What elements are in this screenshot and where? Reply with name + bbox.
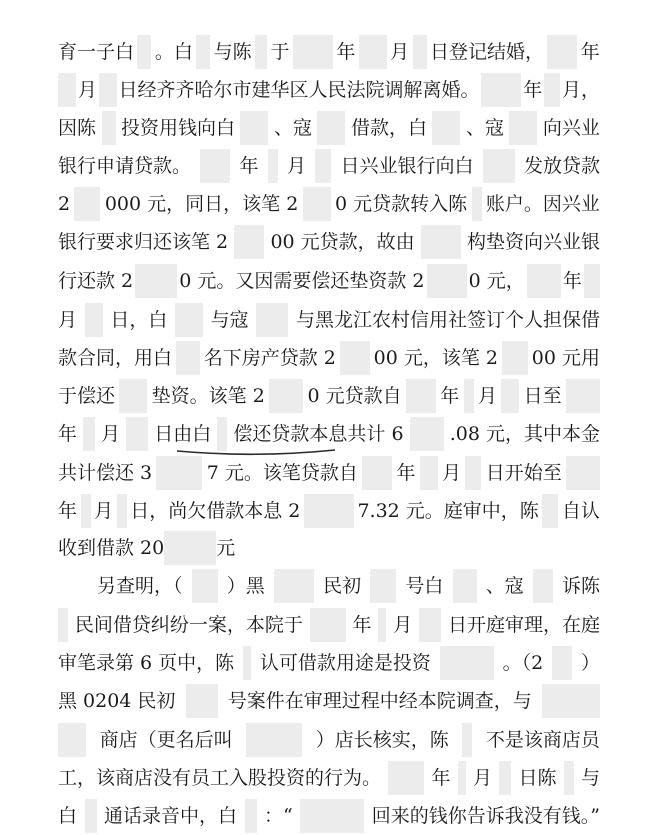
text-segment: 000 元，同日，该笔 2 <box>105 190 298 218</box>
text-segment: 账户。因兴业 <box>486 190 600 218</box>
text-segment: 构垫资向兴业银 <box>467 228 600 256</box>
redaction-block <box>378 608 386 642</box>
text-segment: 年 <box>440 382 459 410</box>
redaction-block <box>119 379 147 413</box>
text-segment: 与寇 <box>211 306 249 334</box>
redaction-block <box>304 494 354 528</box>
text-segment: 年 <box>396 459 415 487</box>
redaction-block <box>542 684 600 718</box>
text-segment: 与黑龙江农村信用社签订个人担保借 <box>296 306 600 334</box>
text-segment: 2 <box>58 190 70 218</box>
text-segment: 日由白 <box>154 420 211 448</box>
redaction-block <box>200 149 230 183</box>
text-segment: 、寇 <box>274 114 312 142</box>
text-segment: 月 <box>94 497 113 525</box>
redaction-block <box>83 417 95 451</box>
redaction-block <box>243 646 251 680</box>
redaction-block <box>58 723 86 757</box>
text-segment: 年 <box>353 611 372 639</box>
redaction-block <box>432 111 460 145</box>
text-segment: 不是该商店员 <box>486 726 600 754</box>
text-segment: 行还款 2 <box>58 267 133 295</box>
redaction-block <box>81 494 91 528</box>
text-segment: 月 <box>58 306 77 334</box>
text-line: 黑 0204 民初 号案件在审理过程中经本院调查，与 <box>58 687 600 715</box>
text-segment: 日兴业银行向白 <box>340 152 473 180</box>
text-line: 年月日，尚欠借款本息 27.32 元。庭审中，陈自认 <box>58 497 600 525</box>
text-segment: 自认 <box>562 497 600 525</box>
redaction-block <box>176 341 200 375</box>
text-segment: 7.32 元。庭审中，陈 <box>357 497 538 525</box>
text-segment: 月 <box>393 611 412 639</box>
redaction-block <box>58 73 76 107</box>
text-segment: 年 <box>239 152 258 180</box>
redaction-block <box>362 456 392 490</box>
text-segment: ） <box>581 649 600 677</box>
redaction-block <box>268 149 278 183</box>
text-segment: 月 <box>390 38 409 66</box>
text-segment: 投资用钱向白 <box>121 114 235 142</box>
redaction-block <box>427 264 467 298</box>
text-segment: 0 元贷款转入陈 <box>335 190 467 218</box>
text-line: 工，该商店没有员工入股投资的行为。年月日陈与 <box>58 764 600 792</box>
text-line: 民间借贷纠纷一案，本院于年月日开庭审理，在庭 <box>58 611 600 639</box>
text-segment: 与陈 <box>214 38 252 66</box>
text-segment: .08 元，其中本金 <box>450 420 600 448</box>
text-line: 另查明，（）黑民初号白、寇诉陈 <box>97 572 600 600</box>
text-segment: 年 <box>563 267 582 295</box>
redaction-block <box>234 225 264 259</box>
redaction-block <box>256 303 288 337</box>
redaction-block <box>196 35 210 69</box>
text-segment: 00 元，该笔 2 <box>374 344 498 372</box>
text-segment: 。（2 <box>503 649 544 677</box>
text-segment: 日，白 <box>110 306 167 334</box>
redaction-block <box>388 761 424 795</box>
redaction-block <box>317 111 345 145</box>
text-segment: 向兴业 <box>543 114 600 142</box>
text-segment: ）黑 <box>227 572 265 600</box>
redaction-block <box>102 111 116 145</box>
redaction-block <box>483 149 515 183</box>
redaction-block <box>440 646 494 680</box>
text-segment: 名下房产贷款 2 <box>204 344 336 372</box>
text-segment: 银行申请贷款。 <box>58 152 191 180</box>
text-segment: 育一子白 <box>58 38 134 66</box>
text-segment: 年 <box>336 38 355 66</box>
text-segment: 因陈 <box>58 114 96 142</box>
redaction-block <box>464 379 474 413</box>
redaction-block <box>303 187 331 221</box>
redaction-block <box>137 35 151 69</box>
redaction-block <box>547 35 577 69</box>
text-line: 2000 元，同日，该笔 20 元贷款转入陈账户。因兴业 <box>58 190 600 218</box>
text-segment: 年 <box>431 764 450 792</box>
text-segment: 共计偿还 3 <box>58 459 152 487</box>
text-segment: 月， <box>562 76 600 104</box>
redaction-block <box>420 456 438 490</box>
text-segment: 收到借款 20 <box>58 534 164 562</box>
redaction-block <box>584 264 600 298</box>
redaction-block <box>186 684 218 718</box>
redaction-block <box>117 494 127 528</box>
text-line: 月日经齐齐哈尔市建华区人民法院调解离婚。年月， <box>58 76 600 104</box>
redaction-block <box>255 35 267 69</box>
redaction-block <box>566 456 600 490</box>
text-segment: 偿还贷款本息共计 6 <box>233 420 403 448</box>
redaction-block <box>192 569 218 603</box>
redaction-block <box>85 799 97 833</box>
redaction-block <box>300 799 364 833</box>
text-segment: 7 元。该笔贷款自 <box>207 459 358 487</box>
redaction-block <box>310 608 346 642</box>
redaction-block <box>564 761 574 795</box>
redaction-block <box>481 73 521 107</box>
text-line: 因陈投资用钱向白、寇借款，白、寇向兴业 <box>58 114 600 142</box>
redaction-block <box>462 723 472 757</box>
redaction-block <box>340 341 370 375</box>
text-segment: 月 <box>287 152 306 180</box>
text-segment: 、寇 <box>486 572 524 600</box>
redaction-block <box>246 723 302 757</box>
text-segment: 0 元， <box>469 267 525 295</box>
text-segment: 日开始至 <box>486 459 562 487</box>
text-segment: 年 <box>58 497 77 525</box>
redaction-block <box>566 379 600 413</box>
text-segment: 与 <box>581 764 600 792</box>
text-segment: 0 元贷款自 <box>307 382 401 410</box>
text-segment: 。白 <box>155 38 193 66</box>
redaction-block <box>419 608 441 642</box>
text-line: 于偿还垫资。该笔 20 元贷款自年月日至 <box>58 382 600 410</box>
text-segment: 通话录音中，白 <box>104 802 237 830</box>
text-segment: 年 <box>581 38 600 66</box>
redaction-block <box>453 569 477 603</box>
text-segment: 00 元用 <box>532 344 600 372</box>
text-line: 育一子白。白与陈于年月日登记结婚，年 <box>58 38 600 66</box>
text-segment: 工，该商店没有员工入股投资的行为。 <box>58 764 381 792</box>
text-segment: 发放贷款 <box>524 152 600 180</box>
redaction-block <box>527 264 561 298</box>
text-segment: 日，尚欠借款本息 2 <box>130 497 300 525</box>
redaction-block <box>74 187 100 221</box>
text-segment: 诉陈 <box>562 572 600 600</box>
redaction-block <box>406 379 436 413</box>
redaction-block <box>126 417 148 451</box>
text-segment: 审笔录第 6 页中，陈 <box>58 649 234 677</box>
text-segment: 于偿还 <box>58 382 115 410</box>
text-segment: 日开庭审理，在庭 <box>448 611 600 639</box>
text-segment: 年 <box>523 76 542 104</box>
text-segment: 白 <box>58 802 77 830</box>
text-segment: 另查明，（ <box>97 572 183 600</box>
redaction-block <box>501 379 519 413</box>
text-segment: ）店长核实，陈 <box>316 726 449 754</box>
redaction-block <box>458 761 466 795</box>
text-line: 白通话录音中，白：“回来的钱你告诉我没有钱。” <box>58 802 600 830</box>
text-segment: 号案件在审理过程中经本院调查，与 <box>228 687 532 715</box>
redaction-block <box>240 111 268 145</box>
text-segment: 月 <box>101 420 120 448</box>
redaction-block <box>533 569 553 603</box>
text-segment: 回来的钱你告诉我没有钱。” <box>372 802 600 830</box>
text-segment: 银行要求归还该笔 2 <box>58 228 228 256</box>
text-segment: 月 <box>442 459 461 487</box>
text-line: 审笔录第 6 页中，陈认可借款用途是投资。（2） <box>58 649 600 677</box>
text-line: 行还款 20 元。又因需要偿还垫资款 20 元，年 <box>58 267 600 295</box>
text-segment: 号白 <box>405 572 443 600</box>
redaction-block <box>499 761 511 795</box>
text-line: 收到借款 20 元 <box>58 534 600 562</box>
redaction-block <box>135 264 177 298</box>
text-line: 款合同，用白名下房产贷款 200 元，该笔 200 元用 <box>58 344 600 372</box>
redaction-block <box>544 73 560 107</box>
text-line: 共计偿还 37 元。该笔贷款自年月日开始至 <box>58 459 600 487</box>
text-segment: 月 <box>78 76 97 104</box>
redaction-block <box>293 35 333 69</box>
text-segment: 月 <box>473 764 492 792</box>
redaction-block <box>370 569 396 603</box>
text-segment: 日陈 <box>518 764 556 792</box>
redaction-block <box>472 187 482 221</box>
redaction-block <box>502 341 528 375</box>
redaction-block <box>156 456 202 490</box>
text-segment: 商店（更名后叫 <box>100 726 233 754</box>
redaction-block <box>359 35 387 69</box>
text-segment: 黑 0204 民初 <box>58 687 175 715</box>
redaction-block <box>164 531 216 565</box>
redaction-block <box>175 303 203 337</box>
text-line: 银行申请贷款。年月日兴业银行向白发放贷款 <box>58 152 600 180</box>
text-line: 银行要求归还该笔 200 元贷款，故由构垫资向兴业银 <box>58 228 600 256</box>
redaction-block <box>410 417 444 451</box>
text-line: 月日，白与寇与黑龙江农村信用社签订个人担保借 <box>58 306 600 334</box>
text-segment: ：“ <box>264 802 293 830</box>
text-segment: 0 元。又因需要偿还垫资款 2 <box>179 267 424 295</box>
redaction-block <box>217 417 227 451</box>
text-segment: 于 <box>270 38 289 66</box>
text-segment: 元 <box>216 534 235 562</box>
text-segment: 垫资。该笔 2 <box>152 382 265 410</box>
text-segment: 、寇 <box>466 114 504 142</box>
redaction-block <box>269 379 303 413</box>
redaction-block <box>421 225 461 259</box>
redaction-block <box>552 646 572 680</box>
redaction-block <box>245 799 257 833</box>
redaction-block <box>413 35 427 69</box>
text-line: 年月日由白偿还贷款本息共计 6.08 元，其中本金 <box>58 420 600 448</box>
text-segment: 00 元贷款，故由 <box>270 228 414 256</box>
text-segment: 借款，白 <box>351 114 427 142</box>
text-segment: 款合同，用白 <box>58 344 172 372</box>
redaction-block <box>509 111 537 145</box>
text-segment: 日登记结婚， <box>430 38 544 66</box>
text-segment: 年 <box>58 420 77 448</box>
text-segment: 日经齐齐哈尔市建华区人民法院调解离婚。 <box>119 76 480 104</box>
redaction-block <box>542 494 558 528</box>
redaction-block <box>315 149 331 183</box>
text-segment: 民初 <box>323 572 361 600</box>
redaction-block <box>58 608 68 642</box>
text-segment: 日至 <box>524 382 562 410</box>
text-line: 商店（更名后叫）店长核实，陈不是该商店员 <box>58 726 600 754</box>
text-segment: 认可借款用途是投资 <box>260 649 431 677</box>
redaction-block <box>465 456 481 490</box>
redaction-block <box>85 303 103 337</box>
document-page: 育一子白。白与陈于年月日登记结婚，年月日经齐齐哈尔市建华区人民法院调解离婚。年月… <box>0 0 657 835</box>
text-segment: 民间借贷纠纷一案，本院于 <box>75 611 303 639</box>
redaction-block <box>99 73 117 107</box>
redaction-block <box>274 569 314 603</box>
text-segment: 月 <box>478 382 497 410</box>
